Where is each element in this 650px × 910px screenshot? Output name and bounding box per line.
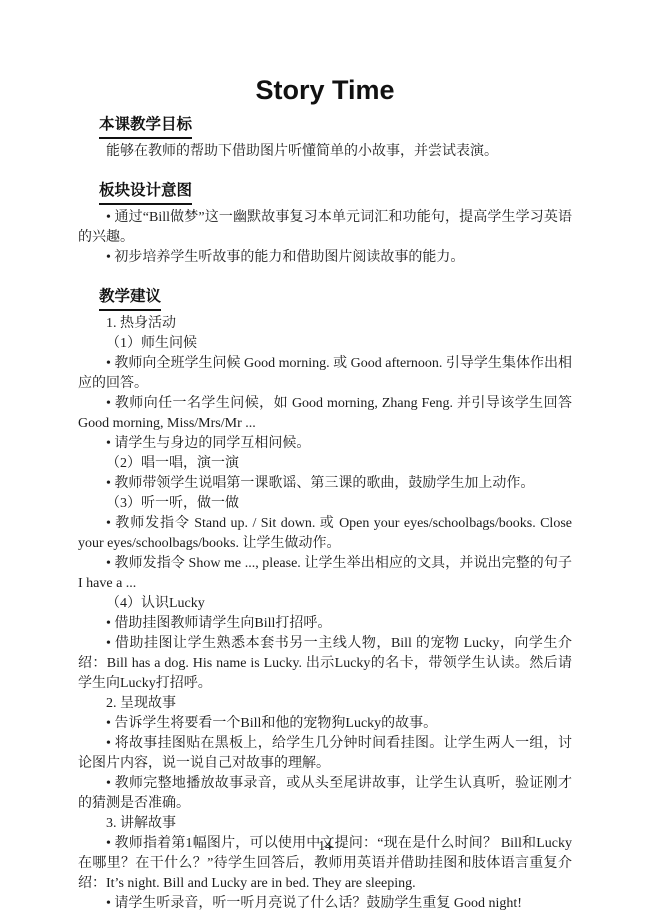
section-heading-design-intent: 板块设计意图 bbox=[78, 180, 572, 205]
substep-heading: （3）听一听，做一做 bbox=[78, 494, 572, 514]
bullet-item: • 通过“Bill做梦”这一幽默故事复习本单元词汇和功能句，提高学生学习英语的兴… bbox=[78, 208, 572, 248]
objectives-paragraph: 能够在教师的帮助下借助图片听懂简单的小故事，并尝试表演。 bbox=[78, 142, 572, 162]
section-heading-text: 教学建议 bbox=[99, 286, 161, 311]
section-heading-teaching-suggestions: 教学建议 bbox=[78, 286, 572, 311]
bullet-item: • 教师发指令 Show me ..., please. 让学生举出相应的文具，… bbox=[78, 554, 572, 594]
bullet-item: • 借助挂图让学生熟悉本套书另一主线人物，Bill 的宠物 Lucky，向学生介… bbox=[78, 634, 572, 694]
bullet-item: • 请学生与身边的同学互相问候。 bbox=[78, 434, 572, 454]
bullet-item: • 借助挂图教师请学生向Bill打招呼。 bbox=[78, 614, 572, 634]
section-heading-lesson-objectives: 本课教学目标 bbox=[78, 114, 572, 139]
page-number: 14 bbox=[0, 838, 650, 854]
bullet-item: • 告诉学生将要看一个Bill和他的宠物狗Lucky的故事。 bbox=[78, 714, 572, 734]
section-heading-text: 板块设计意图 bbox=[99, 180, 192, 205]
bullet-item: • 将故事挂图贴在黑板上，给学生几分钟时间看挂图。让学生两人一组，讨论图片内容，… bbox=[78, 734, 572, 774]
substep-heading: （2）唱一唱，演一演 bbox=[78, 454, 572, 474]
document-page: Story Time 本课教学目标 能够在教师的帮助下借助图片听懂简单的小故事，… bbox=[0, 0, 650, 910]
page-title: Story Time bbox=[78, 74, 572, 106]
substep-heading: （4）认识Lucky bbox=[78, 594, 572, 614]
step-heading: 1. 热身活动 bbox=[78, 314, 572, 334]
bullet-item: • 教师发指令 Stand up. / Sit down. 或 Open you… bbox=[78, 514, 572, 554]
step-heading: 3. 讲解故事 bbox=[78, 814, 572, 834]
page-content: Story Time 本课教学目标 能够在教师的帮助下借助图片听懂简单的小故事，… bbox=[78, 74, 572, 910]
bullet-item: • 教师带领学生说唱第一课歌谣、第三课的歌曲，鼓励学生加上动作。 bbox=[78, 474, 572, 494]
bullet-item: • 请学生听录音，听一听月亮说了什么话？鼓励学生重复 Good night! bbox=[78, 894, 572, 910]
substep-heading: （1）师生问候 bbox=[78, 334, 572, 354]
section-heading-text: 本课教学目标 bbox=[99, 114, 192, 139]
bullet-item: • 教师完整地播放故事录音，或从头至尾讲故事，让学生认真听，验证刚才的猜测是否准… bbox=[78, 774, 572, 814]
step-heading: 2. 呈现故事 bbox=[78, 694, 572, 714]
bullet-item: • 初步培养学生听故事的能力和借助图片阅读故事的能力。 bbox=[78, 248, 572, 268]
bullet-item: • 教师向任一名学生问候，如 Good morning, Zhang Feng.… bbox=[78, 394, 572, 434]
bullet-item: • 教师向全班学生问候 Good morning. 或 Good afterno… bbox=[78, 354, 572, 394]
